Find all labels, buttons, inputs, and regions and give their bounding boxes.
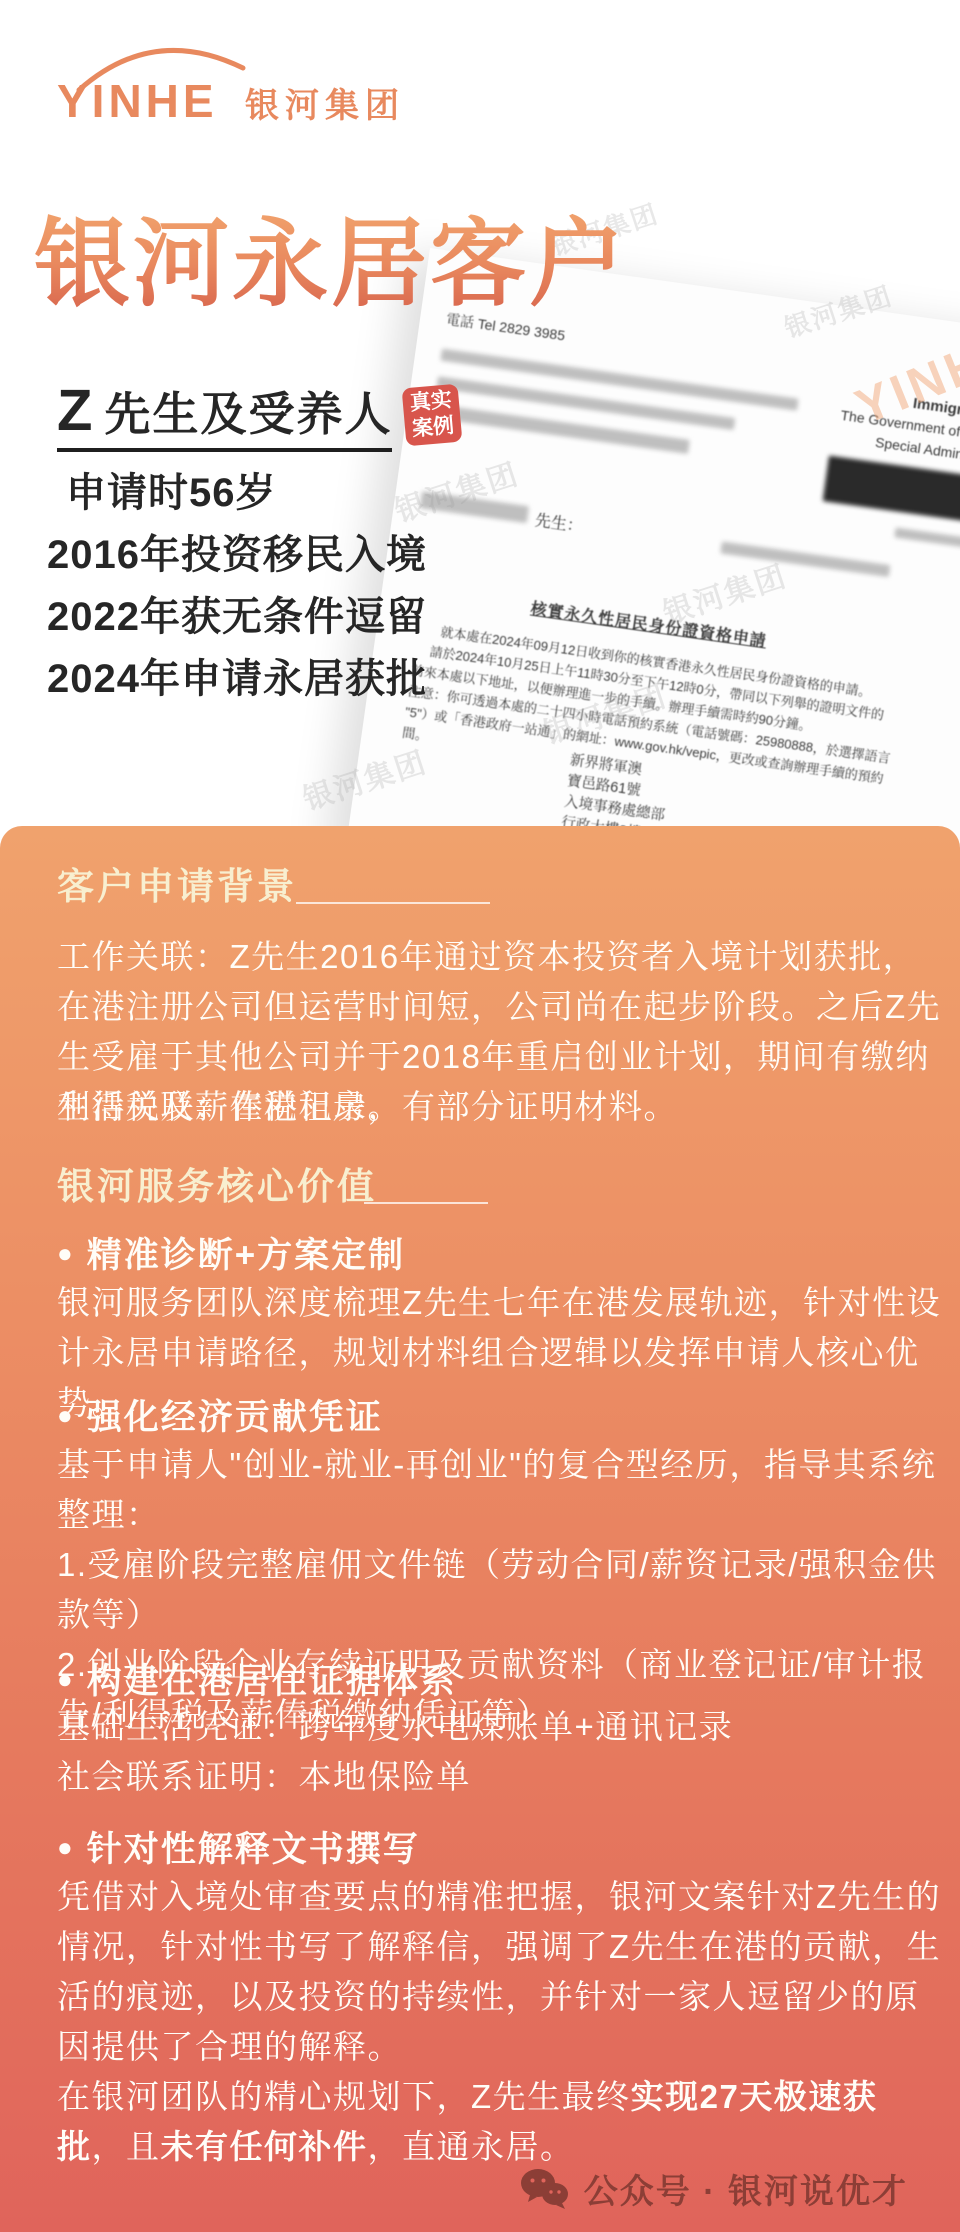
client-headline: Z 先生及受养人 [57,382,392,452]
bullet-icon: ● [57,1402,73,1428]
logo-company-name: 银河集团 [245,78,405,127]
fact-line: 2016年投资移民入境 [47,524,427,586]
bullet-title: 精准诊断+方案定制 [87,1228,405,1278]
bullet-title: 强化经济贡献凭证 [87,1390,383,1440]
heading-rule [296,902,490,904]
wechat-account-label: 公众号 · 银河说优才 [584,2164,908,2213]
bullet-title-row: ● 构建在港居住证据体系 [57,1654,457,1704]
letter-gov-en3: Special Administr [874,434,960,465]
section-heading-value: 银河服务核心价值 [57,1156,377,1210]
bullet-icon: ● [57,1666,73,1692]
conclusion-post: ，直通永居。 [368,2128,575,2165]
conclusion-mid: ，且 [92,2128,161,2165]
fact-line: 2022年获无条件逗留 [47,586,427,648]
real-case-badge: 真实 案例 [402,384,463,447]
wechat-footer: 公众号 · 银河说优才 [518,2164,908,2213]
fact-line: 申请时56岁 [47,462,427,524]
bullet-title: 构建在港居住证据体系 [87,1654,457,1704]
bullet-body: 凭借对入境处审查要点的精准把握，银河文案针对Z先生的情况，针对性书写了解释信，强… [57,1872,943,2072]
letter-salutation: 先生： [534,507,585,536]
wechat-icon [518,2167,570,2211]
client-facts: 申请时56岁 2016年投资移民入境 2022年获无条件逗留 2024年申请永居… [47,462,427,710]
bullet-title-row: ● 针对性解释文书撰写 [57,1822,420,1872]
bullet-icon: ● [57,1240,73,1266]
bullet-title-row: ● 强化经济贡献凭证 [57,1390,383,1440]
bullet-title-row: ● 精准诊断+方案定制 [57,1228,405,1278]
redaction-bar [894,528,960,560]
bullet-icon: ● [57,1834,73,1860]
client-prefix: Z [57,382,92,440]
badge-line2: 案例 [404,413,462,444]
bullet-title: 针对性解释文书撰写 [87,1822,420,1872]
page-title: 银河永居客户 [34,188,628,325]
conclusion-highlight-nodocs: 未有任何补件 [161,2128,368,2165]
redaction-bar-dark [823,456,960,536]
conclusion-paragraph: 在银河团队的精心规划下，Z先生最终实现27天极速获批，且未有任何补件，直通永居。 [57,2072,943,2172]
bullet-body: 基础生活凭证：跨年度水电煤账单+通讯记录 社会联系证明：本地保险单 [57,1702,943,1802]
fact-line: 2024年申请永居获批 [47,648,427,710]
heading-rule [364,1202,488,1204]
client-name: 先生及受养人 [104,389,392,440]
content-panel: 客户申请背景 工作关联：Z先生2016年通过资本投资者入境计划获批，在港注册公司… [0,826,960,2232]
conclusion-pre: 在银河团队的精心规划下，Z先生最终 [57,2078,631,2115]
logo-wordmark: YINHE [57,74,218,128]
poster-page: 银河集团 银河集团 YINHE 银河集团 银河集团 银河集团 银河集团 YINH… [0,0,960,2232]
background-paragraph-life: 生活关联：在港租房，有部分证明材料。 [57,1082,943,1132]
section-heading-background: 客户申请背景 [57,856,297,910]
